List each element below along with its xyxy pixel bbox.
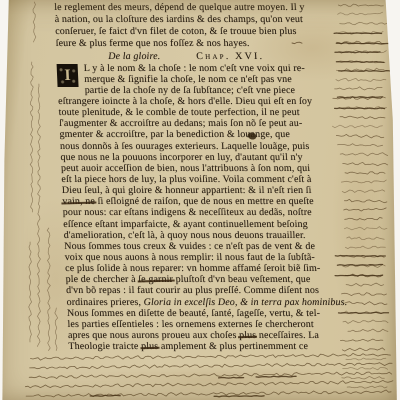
- print-text: eſſence eſtant imparfaicte, & ayant cont…: [63, 219, 308, 230]
- print-text: Nous ſommes en diſette de beauté, ſanté,…: [67, 308, 321, 319]
- print-line: Theologie traicte plus amplement & plus …: [68, 341, 366, 352]
- print-text: ce plus ſolide à nous reparer: vn homme …: [65, 263, 321, 274]
- print-text: peut auoir acceſſion de bien, nous l'att…: [61, 163, 311, 174]
- print-line: ſ'augmenter & accroiſtre au dedans; mais…: [59, 118, 357, 129]
- struck-out-word: ſe garnir: [138, 274, 173, 285]
- print-line: que nous ne la pouuons incorporer en luy…: [60, 152, 358, 163]
- handwriting-stroke: [55, 308, 58, 351]
- book-page: le reglement des meurs, dépend de quelqu…: [0, 0, 400, 400]
- print-text: eſtrangere ioincte à la choſe, & hors d'…: [58, 96, 312, 107]
- print-text: d'vn bõ repas : il faut courir au plus p…: [66, 285, 319, 296]
- print-line: voix que nous auons à nous remplir: il n…: [64, 252, 362, 263]
- print-text: ſi eſloigné de raiſon, que de nous en me…: [95, 196, 314, 207]
- handwriting-stroke: [214, 396, 264, 397]
- struck-out-word: plus: [239, 330, 257, 341]
- printed-text-block: le reglement des meurs, dépend de quelqu…: [54, 2, 367, 352]
- print-line: nous donnõs à ſes ouurages exterieurs. L…: [60, 141, 358, 152]
- print-text: amplement & plus pertinemment ce: [158, 341, 308, 352]
- print-text: Nous ſommes tous creux & vuides : ce n'e…: [64, 241, 315, 252]
- print-text: L y à le nom & la choſe : le nom c'eſt v…: [84, 63, 305, 74]
- print-line: eſt la piece hors de luy, la plus voiſin…: [61, 174, 359, 185]
- handwriting-stroke: [30, 363, 393, 369]
- print-text: pluſtoſt d'vn beau veſtement, que: [173, 274, 311, 285]
- handwriting-stroke: [256, 376, 296, 377]
- print-text: que nous ne la pouuons incorporer en luy…: [60, 152, 303, 163]
- print-text: neceſſaires. La: [256, 330, 319, 341]
- print-line: L y à le nom & la choſe : le nom c'eſt v…: [57, 63, 355, 74]
- print-line: Nous ſommes tous creux & vuides : ce n'e…: [64, 241, 362, 252]
- preceding-text-block: le reglement des meurs, dépend de quelqu…: [54, 2, 354, 50]
- print-line: pour nous: car eſtans indigens & neceſſi…: [63, 207, 361, 218]
- handwriting-stroke: [343, 368, 388, 370]
- handwriting-stroke: [90, 395, 120, 396]
- handwriting-stroke: [33, 2, 36, 42]
- print-line: apres que nous aurons proueu aux choſes …: [68, 330, 366, 341]
- handwriting-stroke: [219, 377, 244, 378]
- print-line: ple de chercher à ſe garnir pluſtoſt d'v…: [65, 274, 363, 285]
- print-text: gmenter & accroiſtre, par la benediction…: [59, 129, 290, 140]
- handwriting-stroke: [29, 372, 392, 379]
- chapter-title: De la gloire.: [108, 50, 161, 63]
- handwriting-stroke: [30, 62, 33, 212]
- print-text: toute plenitude, & le comble de toute pe…: [58, 107, 299, 118]
- print-line: le reglement des meurs, dépend de quelqu…: [54, 2, 352, 14]
- handwriting-stroke: [37, 84, 40, 347]
- print-text: les parties eſſentieles : les ornemens e…: [67, 319, 314, 330]
- print-line: conſeruer, ſe faict d'vn filet de coton,…: [55, 26, 353, 38]
- print-text: merque & ſignifie la choſe, le nom ce n'…: [84, 74, 292, 85]
- print-text: apres que nous aurons proueu aux choſes: [68, 330, 240, 341]
- print-text: Theologie traicte: [68, 341, 141, 352]
- print-line: partie de la choſe ny de ſa ſubſtance; c…: [57, 85, 355, 96]
- struck-out-word: vain, ne: [62, 196, 95, 207]
- print-text: nous donnõs à ſes ouurages exterieurs. L…: [60, 141, 310, 152]
- struck-out-word: plus: [141, 341, 159, 352]
- handwriting-stroke: [346, 358, 386, 360]
- print-line: toute plenitude, & le comble de toute pe…: [58, 107, 356, 118]
- print-text: ordinaires prieres,: [66, 297, 144, 308]
- handwriting-stroke: [25, 380, 393, 387]
- handwriting-stroke: [347, 386, 387, 388]
- print-line: peut auoir acceſſion de bien, nous l'att…: [61, 163, 359, 174]
- print-text: ple de chercher à: [65, 274, 138, 285]
- print-text: ſ'augmenter & accroiſtre au dedans; mais…: [59, 118, 303, 129]
- print-line: gmenter & accroiſtre, par la benediction…: [59, 129, 357, 140]
- chapter-number: Chap. XVI.: [196, 50, 264, 63]
- print-text: Dieu ſeul, à qui gloire & honneur appart…: [62, 185, 312, 196]
- print-text: d'amelioration, c'eſt là, à quoy nous no…: [64, 230, 306, 241]
- print-line: ſeure & plus ferme que nos foſſez & nos …: [55, 38, 353, 50]
- print-line: eſſence eſtant imparfaicte, & ayant cont…: [63, 219, 361, 230]
- print-line: d'vn bõ repas : il faut courir au plus p…: [66, 285, 364, 296]
- handwriting-stroke: [31, 353, 391, 360]
- print-line: Nous ſommes en diſette de beauté, ſanté,…: [67, 308, 365, 319]
- print-line: eſtrangere ioincte à la choſe, & hors d'…: [58, 96, 356, 107]
- print-line: merque & ſignifie la choſe, le nom ce n'…: [57, 74, 355, 85]
- ornamental-drop-cap: I: [57, 64, 79, 87]
- print-line: vain, ne ſi eſloigné de raiſon, que de n…: [62, 196, 360, 207]
- chapter-heading: De la gloire. Chap. XVI.: [56, 50, 355, 63]
- print-text: partie de la choſe ny de ſa ſubſtance; c…: [84, 85, 295, 96]
- handwriting-stroke: [342, 376, 385, 379]
- print-line: à nation, ou la cloſture des iardins & d…: [54, 14, 352, 26]
- print-text: pour nous: car eſtans indigens & neceſſi…: [63, 207, 312, 218]
- scanned-book-page-scene: le reglement des meurs, dépend de quelqu…: [0, 0, 400, 400]
- print-line: ordinaires prieres, Gloria in excelſis D…: [66, 297, 364, 308]
- print-line: d'amelioration, c'eſt là, à quoy nous no…: [64, 230, 362, 241]
- print-text: voix que nous auons à nous remplir: il n…: [64, 252, 315, 263]
- handwriting-stroke: [26, 390, 391, 397]
- print-line: les parties eſſentieles : les ornemens e…: [67, 319, 365, 330]
- print-line: ce plus ſolide à nous reparer: vn homme …: [65, 263, 363, 274]
- chapter-body-block: I L y à le nom & la choſe : le nom c'eſt…: [57, 63, 367, 353]
- handwriting-stroke: [29, 242, 32, 342]
- handwriting-stroke: [47, 228, 50, 351]
- print-text: eſt la piece hors de luy, la plus voiſin…: [61, 174, 312, 185]
- print-text: Gloria in excelſis Deo, & in terra pax h…: [143, 297, 347, 308]
- print-line: Dieu ſeul, à qui gloire & honneur appart…: [62, 185, 360, 196]
